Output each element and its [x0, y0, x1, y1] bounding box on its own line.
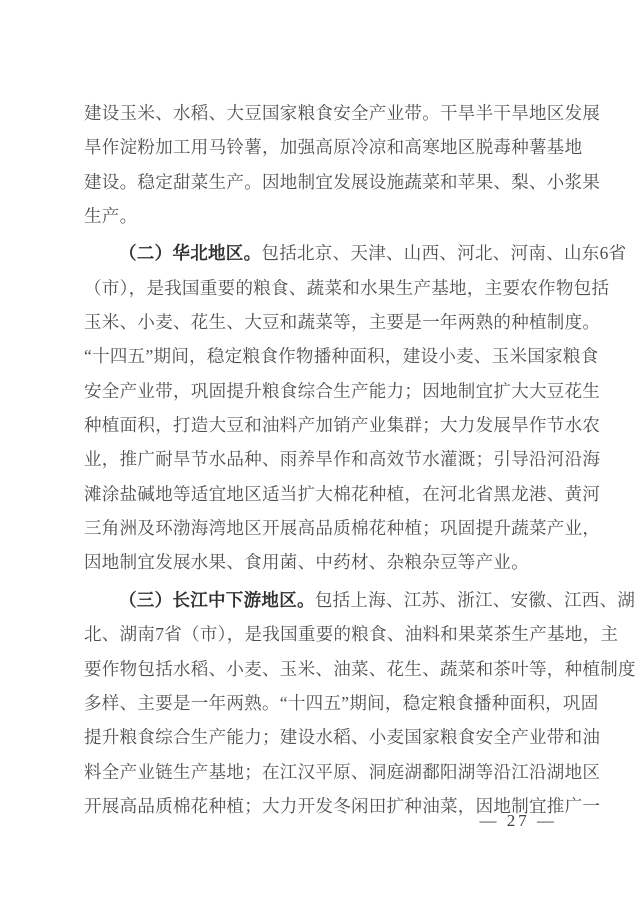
line-text: 包括北京、天津、山西、河北、河南、山东6省 [261, 243, 626, 263]
line-text: 滩涂盐碱地等适宜地区适当扩大棉花种植，在河北省黑龙港、黄河 [84, 484, 600, 504]
line-text: 种植面积，打造大豆和油料产加销产业集群；大力发展旱作节水农 [84, 415, 600, 435]
line-text: 玉米、小麦、花生、大豆和蔬菜等，主要是一年两熟的种植制度。 [84, 312, 600, 332]
line-text: 北、湖南7省（市），是我国重要的粮食、油料和果菜茶生产基地，主 [84, 624, 618, 644]
line-text: 安全产业带，巩固提升粮食综合生产能力；因地制宜扩大大豆花生 [84, 381, 600, 401]
line-text: 提升粮食综合生产能力；建设水稻、小麦国家粮食安全产业带和油 [84, 727, 600, 747]
paragraph-north-china: （二）华北地区。包括北京、天津、山西、河北、河南、山东6省 （市），是我国重要的… [84, 236, 579, 579]
page-number: — 27 — [480, 806, 558, 836]
line-text: 生产。 [84, 206, 137, 226]
text-line: 业，推广耐旱节水品种、雨养旱作和高效节水灌溉；引导沿河沿海 [84, 442, 579, 476]
line-text: 建设。稳定甜菜生产。因地制宜发展设施蔬菜和苹果、梨、小浆果 [84, 172, 600, 192]
line-text: 料全产业链生产基地；在江汉平原、洞庭湖鄱阳湖等沿江沿湖地区 [84, 762, 600, 782]
text-line: 安全产业带，巩固提升粮食综合生产能力；因地制宜扩大大豆花生 [84, 374, 579, 408]
text-line: 建设。稳定甜菜生产。因地制宜发展设施蔬菜和苹果、梨、小浆果 [84, 165, 579, 199]
line-text: （市），是我国重要的粮食、蔬菜和水果生产基地，主要农作物包括 [84, 278, 609, 298]
text-line: 北、湖南7省（市），是我国重要的粮食、油料和果菜茶生产基地，主 [84, 617, 579, 651]
text-line: 生产。 [84, 199, 579, 233]
line-text: “十四五”期间，稳定粮食作物播种面积，建设小麦、玉米国家粮食 [84, 346, 599, 366]
text-line: （三）长江中下游地区。包括上海、江苏、浙江、安徽、江西、湖 [84, 583, 579, 617]
line-text: 业，推广耐旱节水品种、雨养旱作和高效节水灌溉；引导沿河沿海 [84, 449, 600, 469]
section-heading-yangtze: （三）长江中下游地区。 [119, 590, 315, 610]
text-line: 滩涂盐碱地等适宜地区适当扩大棉花种植，在河北省黑龙港、黄河 [84, 477, 579, 511]
text-line: 玉米、小麦、花生、大豆和蔬菜等，主要是一年两熟的种植制度。 [84, 305, 579, 339]
text-line: 提升粮食综合生产能力；建设水稻、小麦国家粮食安全产业带和油 [84, 720, 579, 754]
line-text: 包括上海、江苏、浙江、安徽、江西、湖 [315, 590, 635, 610]
text-line: “十四五”期间，稳定粮食作物播种面积，建设小麦、玉米国家粮食 [84, 339, 579, 373]
section-heading-north-china: （二）华北地区。 [119, 243, 261, 263]
document-page: 建设玉米、水稻、大豆国家粮食安全产业带。干旱半干旱地区发展 旱作淀粉加工用马铃薯… [0, 0, 641, 907]
line-text: 要作物包括水稻、小麦、玉米、油菜、花生、蔬菜和茶叶等，种植制度 [84, 659, 636, 679]
text-line: （二）华北地区。包括北京、天津、山西、河北、河南、山东6省 [84, 236, 579, 270]
line-text: 多样、主要是一年两熟。“十四五”期间，稳定粮食播种面积，巩固 [84, 693, 599, 713]
line-text: 三角洲及环渤海湾地区开展高品质棉花种植；巩固提升蔬菜产业， [84, 518, 600, 538]
line-text: 因地制宜发展水果、食用菌、中药材、杂粮杂豆等产业。 [84, 552, 529, 572]
text-line: 多样、主要是一年两熟。“十四五”期间，稳定粮食播种面积，巩固 [84, 686, 579, 720]
text-line: 要作物包括水稻、小麦、玉米、油菜、花生、蔬菜和茶叶等，种植制度 [84, 652, 579, 686]
line-text: 建设玉米、水稻、大豆国家粮食安全产业带。干旱半干旱地区发展 [84, 103, 600, 123]
text-block: 建设玉米、水稻、大豆国家粮食安全产业带。干旱半干旱地区发展 旱作淀粉加工用马铃薯… [84, 96, 579, 823]
text-line: 旱作淀粉加工用马铃薯，加强高原冷凉和高寒地区脱毒种薯基地 [84, 130, 579, 164]
text-line: 建设玉米、水稻、大豆国家粮食安全产业带。干旱半干旱地区发展 [84, 96, 579, 130]
text-line: 料全产业链生产基地；在江汉平原、洞庭湖鄱阳湖等沿江沿湖地区 [84, 755, 579, 789]
paragraph-middle-lower-yangtze: （三）长江中下游地区。包括上海、江苏、浙江、安徽、江西、湖 北、湖南7省（市），… [84, 583, 579, 823]
text-line: 种植面积，打造大豆和油料产加销产业集群；大力发展旱作节水农 [84, 408, 579, 442]
text-line: （市），是我国重要的粮食、蔬菜和水果生产基地，主要农作物包括 [84, 271, 579, 305]
paragraph-northeast-continuation: 建设玉米、水稻、大豆国家粮食安全产业带。干旱半干旱地区发展 旱作淀粉加工用马铃薯… [84, 96, 579, 233]
text-line: 因地制宜发展水果、食用菌、中药材、杂粮杂豆等产业。 [84, 545, 579, 579]
text-line: 三角洲及环渤海湾地区开展高品质棉花种植；巩固提升蔬菜产业， [84, 511, 579, 545]
line-text: 旱作淀粉加工用马铃薯，加强高原冷凉和高寒地区脱毒种薯基地 [84, 137, 582, 157]
